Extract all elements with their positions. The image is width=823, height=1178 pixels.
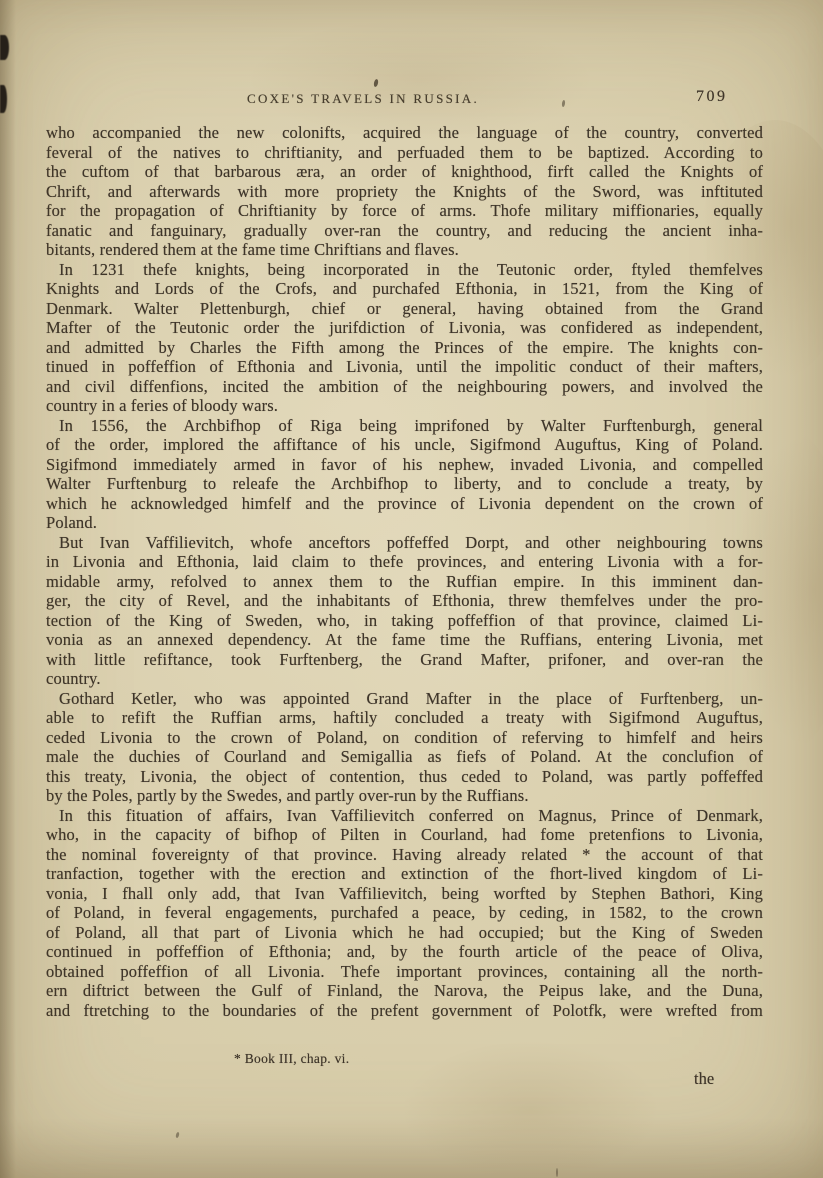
text-line: ger, the city of Revel, and the inhabita… (46, 591, 763, 611)
paragraph: But Ivan Vaffilievitch, whofe anceftors … (46, 533, 763, 689)
text-line: country in a feries of bloody wars. (46, 396, 763, 416)
text-line: In 1231 thefe knights, being incorporate… (46, 260, 763, 280)
text-line: for the propagation of Chriftianity by f… (46, 201, 763, 221)
text-line: country. (46, 669, 763, 689)
text-line: Sigifmond immediately armed in favor of … (46, 455, 763, 475)
text-line: the cuftom of that barbarous æra, an ord… (46, 162, 763, 182)
text-line: the nominal fovereignty of that province… (46, 845, 763, 865)
text-line: and civil diffenfions, incited the ambit… (46, 377, 763, 397)
bottom-edge-shadow (0, 1118, 823, 1178)
text-line: Walter Furftenburg to releafe the Archbi… (46, 474, 763, 494)
text-line: able to refift the Ruffian arms, haftily… (46, 708, 763, 728)
text-line: obtained poffeffion of all Livonia. Thef… (46, 962, 763, 982)
text-line: Chrift, and afterwards with more proprie… (46, 182, 763, 202)
text-line: Knights and Lords of the Crofs, and purc… (46, 279, 763, 299)
text-line: by the Poles, partly by the Swedes, and … (46, 786, 763, 806)
binding-shadow (0, 0, 16, 1178)
text-line: bitants, rendered them at the fame time … (46, 240, 763, 260)
text-line: vonia, I fhall only add, that Ivan Vaffi… (46, 884, 763, 904)
text-line: and admitted by Charles the Fifth among … (46, 338, 763, 358)
text-line: fanatic and fanguinary, gradually over-r… (46, 221, 763, 241)
paragraph: In this fituation of affairs, Ivan Vaffi… (46, 806, 763, 1021)
ink-speck (373, 79, 379, 88)
text-line: Gothard Ketler, who was appointed Grand … (46, 689, 763, 709)
text-line: male the duchies of Courland and Semigal… (46, 747, 763, 767)
text-line: In 1556, the Archbifhop of Riga being im… (46, 416, 763, 436)
text-line: in Livonia and Efthonia, laid claim to t… (46, 552, 763, 572)
text-line: who accompanied the new colonifts, acqui… (46, 123, 763, 143)
text-line: midable army, refolved to annex them to … (46, 572, 763, 592)
ink-speck (562, 100, 566, 107)
text-line: and ftretching to the boundaries of the … (46, 1001, 763, 1021)
text-line: ceded Livonia to the crown of Poland, on… (46, 728, 763, 748)
text-line: feveral of the natives to chriftianity, … (46, 143, 763, 163)
text-line: vonia as an annexed dependency. At the f… (46, 630, 763, 650)
text-line: who, in the capacity of bifhop of Pilten… (46, 825, 763, 845)
text-line: of Poland, all that part of Livonia whic… (46, 923, 763, 943)
paragraph: who accompanied the new colonifts, acqui… (46, 123, 763, 260)
text-line: Denmark. Walter Plettenburgh, chief or g… (46, 299, 763, 319)
text-line: In this fituation of affairs, Ivan Vaffi… (46, 806, 763, 826)
book-page-scan: COXE'S TRAVELS IN RUSSIA. 709 who accomp… (0, 0, 823, 1178)
page-number: 709 (696, 88, 728, 106)
paragraph: Gothard Ketler, who was appointed Grand … (46, 689, 763, 806)
text-line: this treaty, Livonia, the object of cont… (46, 767, 763, 787)
text-line: of the order, implored the affiftance of… (46, 435, 763, 455)
text-line: which he acknowledged himfelf and the pr… (46, 494, 763, 514)
text-line: But Ivan Vaffilievitch, whofe anceftors … (46, 533, 763, 553)
text-line: tranfaction, together with the erection … (46, 864, 763, 884)
running-header-title: COXE'S TRAVELS IN RUSSIA. (247, 91, 479, 107)
paragraph: In 1556, the Archbifhop of Riga being im… (46, 416, 763, 533)
text-line: with little refiftance, took Furftenberg… (46, 650, 763, 670)
paper-stain (250, 20, 590, 140)
footnote: * Book III, chap. vi. (234, 1051, 349, 1067)
body-text: who accompanied the new colonifts, acqui… (46, 123, 763, 1020)
text-line: tection of the King of Sweden, who, in t… (46, 611, 763, 631)
text-line: Mafter of the Teutonic order the jurifdi… (46, 318, 763, 338)
text-line: of Poland, in feveral engagements, purch… (46, 903, 763, 923)
catchword: the (694, 1069, 714, 1089)
text-line: Poland. (46, 513, 763, 533)
text-line: tinued in poffeffion of Efthonia and Liv… (46, 357, 763, 377)
text-line: ern diftrict between the Gulf of Finland… (46, 981, 763, 1001)
paragraph: In 1231 thefe knights, being incorporate… (46, 260, 763, 416)
text-line: continued in poffeffion of Efthonia; and… (46, 942, 763, 962)
